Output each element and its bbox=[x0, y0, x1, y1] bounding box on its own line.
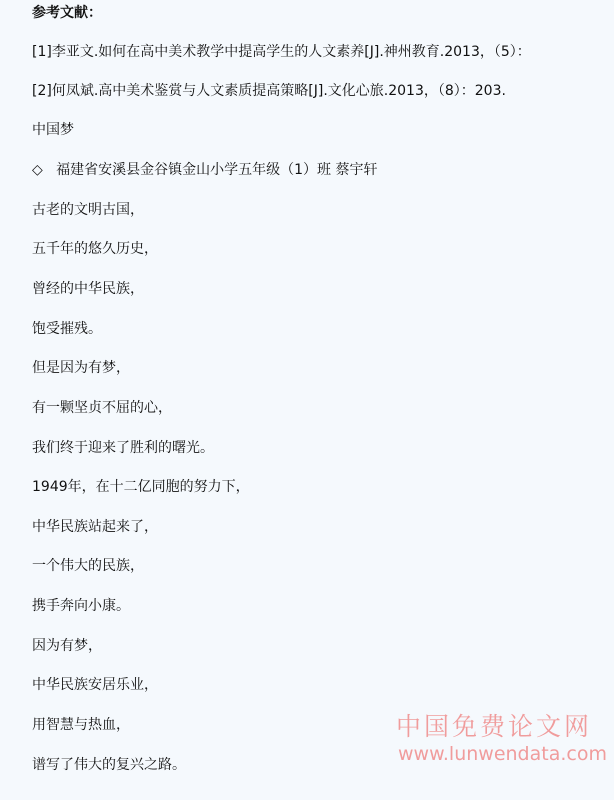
references-heading: 参考文献： bbox=[32, 4, 102, 22]
poem-line: 饱受摧残。 bbox=[32, 320, 102, 338]
poem-author-line: ◇ 福建省安溪县金谷镇金山小学五年级（1）班 蔡宇轩 bbox=[32, 161, 378, 179]
poem-title: 中国梦 bbox=[32, 121, 74, 139]
reference-item-2: [2]何凤斌.高中美术鉴赏与人文素质提高策略[J].文化心旅.2013，（8）：… bbox=[32, 82, 506, 100]
reference-item-1: [1]李亚文.如何在高中美术教学中提高学生的人文素养[J].神州教育.2013，… bbox=[32, 43, 531, 61]
poem-line: 但是因为有梦， bbox=[32, 359, 130, 377]
poem-line: 用智慧与热血， bbox=[32, 716, 130, 734]
site-watermark: 中国免费论文网 www.lunwendata.com bbox=[396, 712, 614, 766]
poem-line: 我们终于迎来了胜利的曙光。 bbox=[32, 439, 214, 457]
poem-line: 中华民族安居乐业， bbox=[32, 676, 158, 694]
poem-line: 五千年的悠久历史， bbox=[32, 240, 158, 258]
poem-line: 因为有梦， bbox=[32, 637, 102, 655]
poem-line: 1949年，在十二亿同胞的努力下， bbox=[32, 478, 250, 496]
watermark-url: www.lunwendata.com bbox=[398, 742, 614, 766]
poem-line: 中华民族站起来了， bbox=[32, 518, 158, 536]
watermark-title: 中国免费论文网 bbox=[396, 712, 614, 742]
poem-line: 携手奔向小康。 bbox=[32, 597, 130, 615]
poem-author: 福建省安溪县金谷镇金山小学五年级（1）班 蔡宇轩 bbox=[56, 162, 377, 178]
poem-line: 谱写了伟大的复兴之路。 bbox=[32, 756, 186, 774]
poem-line: 一个伟大的民族， bbox=[32, 557, 144, 575]
diamond-icon: ◇ bbox=[32, 162, 43, 178]
poem-line: 有一颗坚贞不屈的心， bbox=[32, 399, 172, 417]
poem-line: 曾经的中华民族， bbox=[32, 280, 144, 298]
poem-line: 古老的文明古国， bbox=[32, 201, 144, 219]
